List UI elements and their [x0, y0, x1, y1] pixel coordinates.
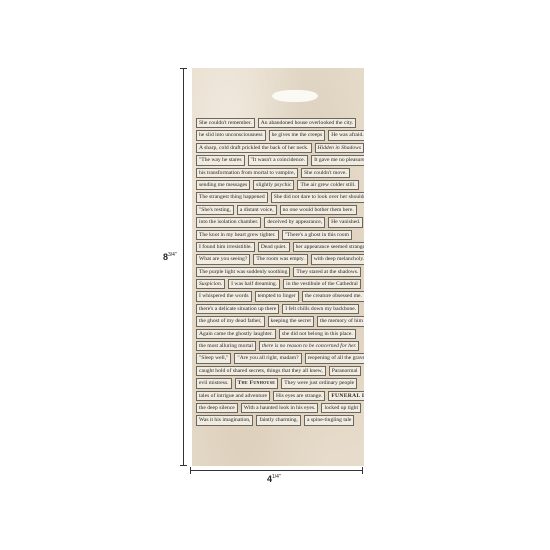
sticker-row: Again came the ghostly laughter.she did … [196, 329, 364, 339]
phrase-sticker: slightly psychic [253, 180, 294, 190]
phrase-sticker: The purple light was suddenly soothing [196, 267, 290, 277]
phrase-sticker: She couldn't remember. [196, 118, 255, 128]
sticker-row: I found him irresistible.Dead quiet.her … [196, 242, 364, 252]
sticker-row: The strangest thing happenedShe did not … [196, 192, 364, 202]
sticker-row: Was it his imagination,faintly charming.… [196, 415, 364, 425]
phrase-sticker: He was afraid. [328, 130, 364, 140]
phrase-sticker: Paranormal [329, 366, 361, 376]
phrase-sticker: She couldn't move. [301, 168, 350, 178]
sticker-row: A sharp, cold draft prickled the back of… [196, 143, 364, 153]
phrase-sticker: into the isolation chamber. [196, 217, 261, 227]
phrase-sticker: It gave me no pleasure [311, 155, 364, 165]
height-fraction: 3/4" [168, 252, 177, 258]
sticker-row: The purple light was suddenly soothingTh… [196, 267, 364, 277]
phrase-sticker: the creature obsessed me. [302, 291, 364, 301]
phrase-sticker: The room was empty. [253, 254, 307, 264]
phrase-sticker: his transformation from mortal to vampir… [196, 168, 298, 178]
phrase-sticker: They were just ordinary people [281, 378, 357, 388]
width-dimension-label: 41/4" [267, 474, 281, 484]
phrase-sticker: she did not belong in this place. [279, 329, 356, 339]
phrase-sticker: her appearance seemed strange, [293, 242, 364, 252]
phrase-sticker: "Sleep well," [196, 353, 231, 363]
sticker-rows: She couldn't remember.An abandoned house… [196, 118, 364, 428]
phrase-sticker: caught hold of shared secrets, things th… [196, 366, 326, 376]
phrase-sticker: "It wasn't a coincidence. [248, 155, 309, 165]
sticker-row: "She's resting,a distant voice,no one wo… [196, 205, 364, 215]
sticker-row: What are you seeing?The room was empty.w… [196, 254, 364, 264]
width-dimension-cap-right [362, 467, 363, 474]
phrase-sticker: no one would bother them here. [280, 205, 357, 215]
phrase-sticker: Hidden in Shadows [315, 143, 364, 153]
phrase-sticker: evil mistress. [196, 378, 232, 388]
phrase-sticker: FUNERAL DIRECTOR [328, 391, 364, 401]
height-dimension-cap-bottom [180, 465, 187, 466]
sticker-row: his transformation from mortal to vampir… [196, 168, 364, 178]
phrase-sticker: I whispered the words [196, 291, 252, 301]
phrase-sticker: keeping the secret [268, 316, 314, 326]
sticker-row: caught hold of shared secrets, things th… [196, 366, 364, 376]
sticker-row: "Sleep well,""Are you all right, madam?r… [196, 353, 364, 363]
phrase-sticker: with deep melancholy. [311, 254, 364, 264]
phrase-sticker: The knot in my heart grew tighter. [196, 230, 279, 240]
sticker-row: The knot in my heart grew tighter."There… [196, 230, 364, 240]
phrase-sticker: a spine-tingling tale [304, 415, 354, 425]
phrase-sticker: Suspicion. [196, 279, 225, 289]
phrase-sticker: He vanished. [328, 217, 363, 227]
phrase-sticker: there is no reason to be concerned for h… [259, 341, 360, 351]
phrase-sticker: They stared at the shadows. [293, 267, 361, 277]
phrase-sticker: the deep silence [196, 403, 238, 413]
sticker-row: "The way he stares"It wasn't a coinciden… [196, 155, 364, 165]
phrase-sticker: I felt chills down my backbone. [282, 304, 359, 314]
phrase-sticker: tempted to linger [255, 291, 299, 301]
phrase-sticker: "The way he stares [196, 155, 245, 165]
phrase-sticker: "There's a ghost in this room [282, 230, 352, 240]
phrase-sticker: reopening of all the graves. [305, 353, 364, 363]
sticker-row: sending me messagesslightly psychicThe a… [196, 180, 364, 190]
phrase-sticker: The strangest thing happened [196, 192, 268, 202]
phrase-sticker: tales of intrigue and adventure [196, 391, 270, 401]
phrase-sticker: A sharp, cold draft prickled the back of… [196, 143, 312, 153]
sticker-row: She couldn't remember.An abandoned house… [196, 118, 364, 128]
phrase-sticker: the ghost of my dead father, [196, 316, 265, 326]
width-dimension-line [190, 470, 362, 471]
sticker-row: into the isolation chamber.deceived by a… [196, 217, 364, 227]
sticker-row: there's a delicate situation up thereI f… [196, 304, 364, 314]
sticker-row: the most alluring mortalthere is no reas… [196, 341, 364, 351]
phrase-sticker: I was half dreaming. [228, 279, 280, 289]
hang-hole [272, 90, 318, 102]
sticker-row: he slid into unconsciousnesshe gives me … [196, 130, 364, 140]
sticker-row: the deep silenceWith a haunted look in h… [196, 403, 364, 413]
phrase-sticker: The air grew colder still. [297, 180, 358, 190]
phrase-sticker: locked up tight [321, 403, 361, 413]
phrase-sticker: he slid into unconsciousness [196, 130, 266, 140]
phrase-sticker: She did not dare to look over her should… [271, 192, 364, 202]
phrase-sticker: he gives me the creeps [269, 130, 326, 140]
height-dimension-label: 83/4" [163, 250, 177, 264]
sticker-row: I whispered the wordstempted to lingerth… [196, 291, 364, 301]
phrase-sticker: His eyes are strange. [273, 391, 325, 401]
phrase-sticker: What are you seeing? [196, 254, 250, 264]
width-dimension-cap-left [190, 467, 191, 474]
phrase-sticker: "She's resting, [196, 205, 234, 215]
sticker-row: evil mistress.The FunhouseThey were just… [196, 378, 364, 388]
phrase-sticker: the most alluring mortal [196, 341, 256, 351]
width-fraction: 1/4" [272, 474, 281, 480]
height-dimension-cap-top [180, 68, 187, 69]
sticker-row: tales of intrigue and adventureHis eyes … [196, 391, 364, 401]
phrase-sticker: deceived by appearance, [264, 217, 325, 227]
phrase-sticker: sending me messages [196, 180, 250, 190]
phrase-sticker: faintly charming. [256, 415, 301, 425]
height-dimension-line [183, 68, 184, 466]
phrase-sticker: there's a delicate situation up there [196, 304, 279, 314]
phrase-sticker: Again came the ghostly laughter. [196, 329, 276, 339]
phrase-sticker: Dead quiet. [258, 242, 290, 252]
phrase-sticker: An abandoned house overlooked the city. [258, 118, 357, 128]
phrase-sticker: Was it his imagination, [196, 415, 253, 425]
phrase-sticker: With a haunted look in his eyes. [241, 403, 319, 413]
phrase-sticker: "Are you all right, madam? [234, 353, 301, 363]
phrase-sticker: I found him irresistible. [196, 242, 255, 252]
sticker-row: the ghost of my dead father,keeping the … [196, 316, 364, 326]
phrase-sticker: a distant voice, [237, 205, 277, 215]
sticker-row: Suspicion.I was half dreaming.in the ves… [196, 279, 364, 289]
phrase-sticker: The Funhouse [235, 378, 279, 388]
phrase-sticker: the memory of him [317, 316, 364, 326]
phrase-sticker: in the vestibule of the Cathedral [283, 279, 361, 289]
